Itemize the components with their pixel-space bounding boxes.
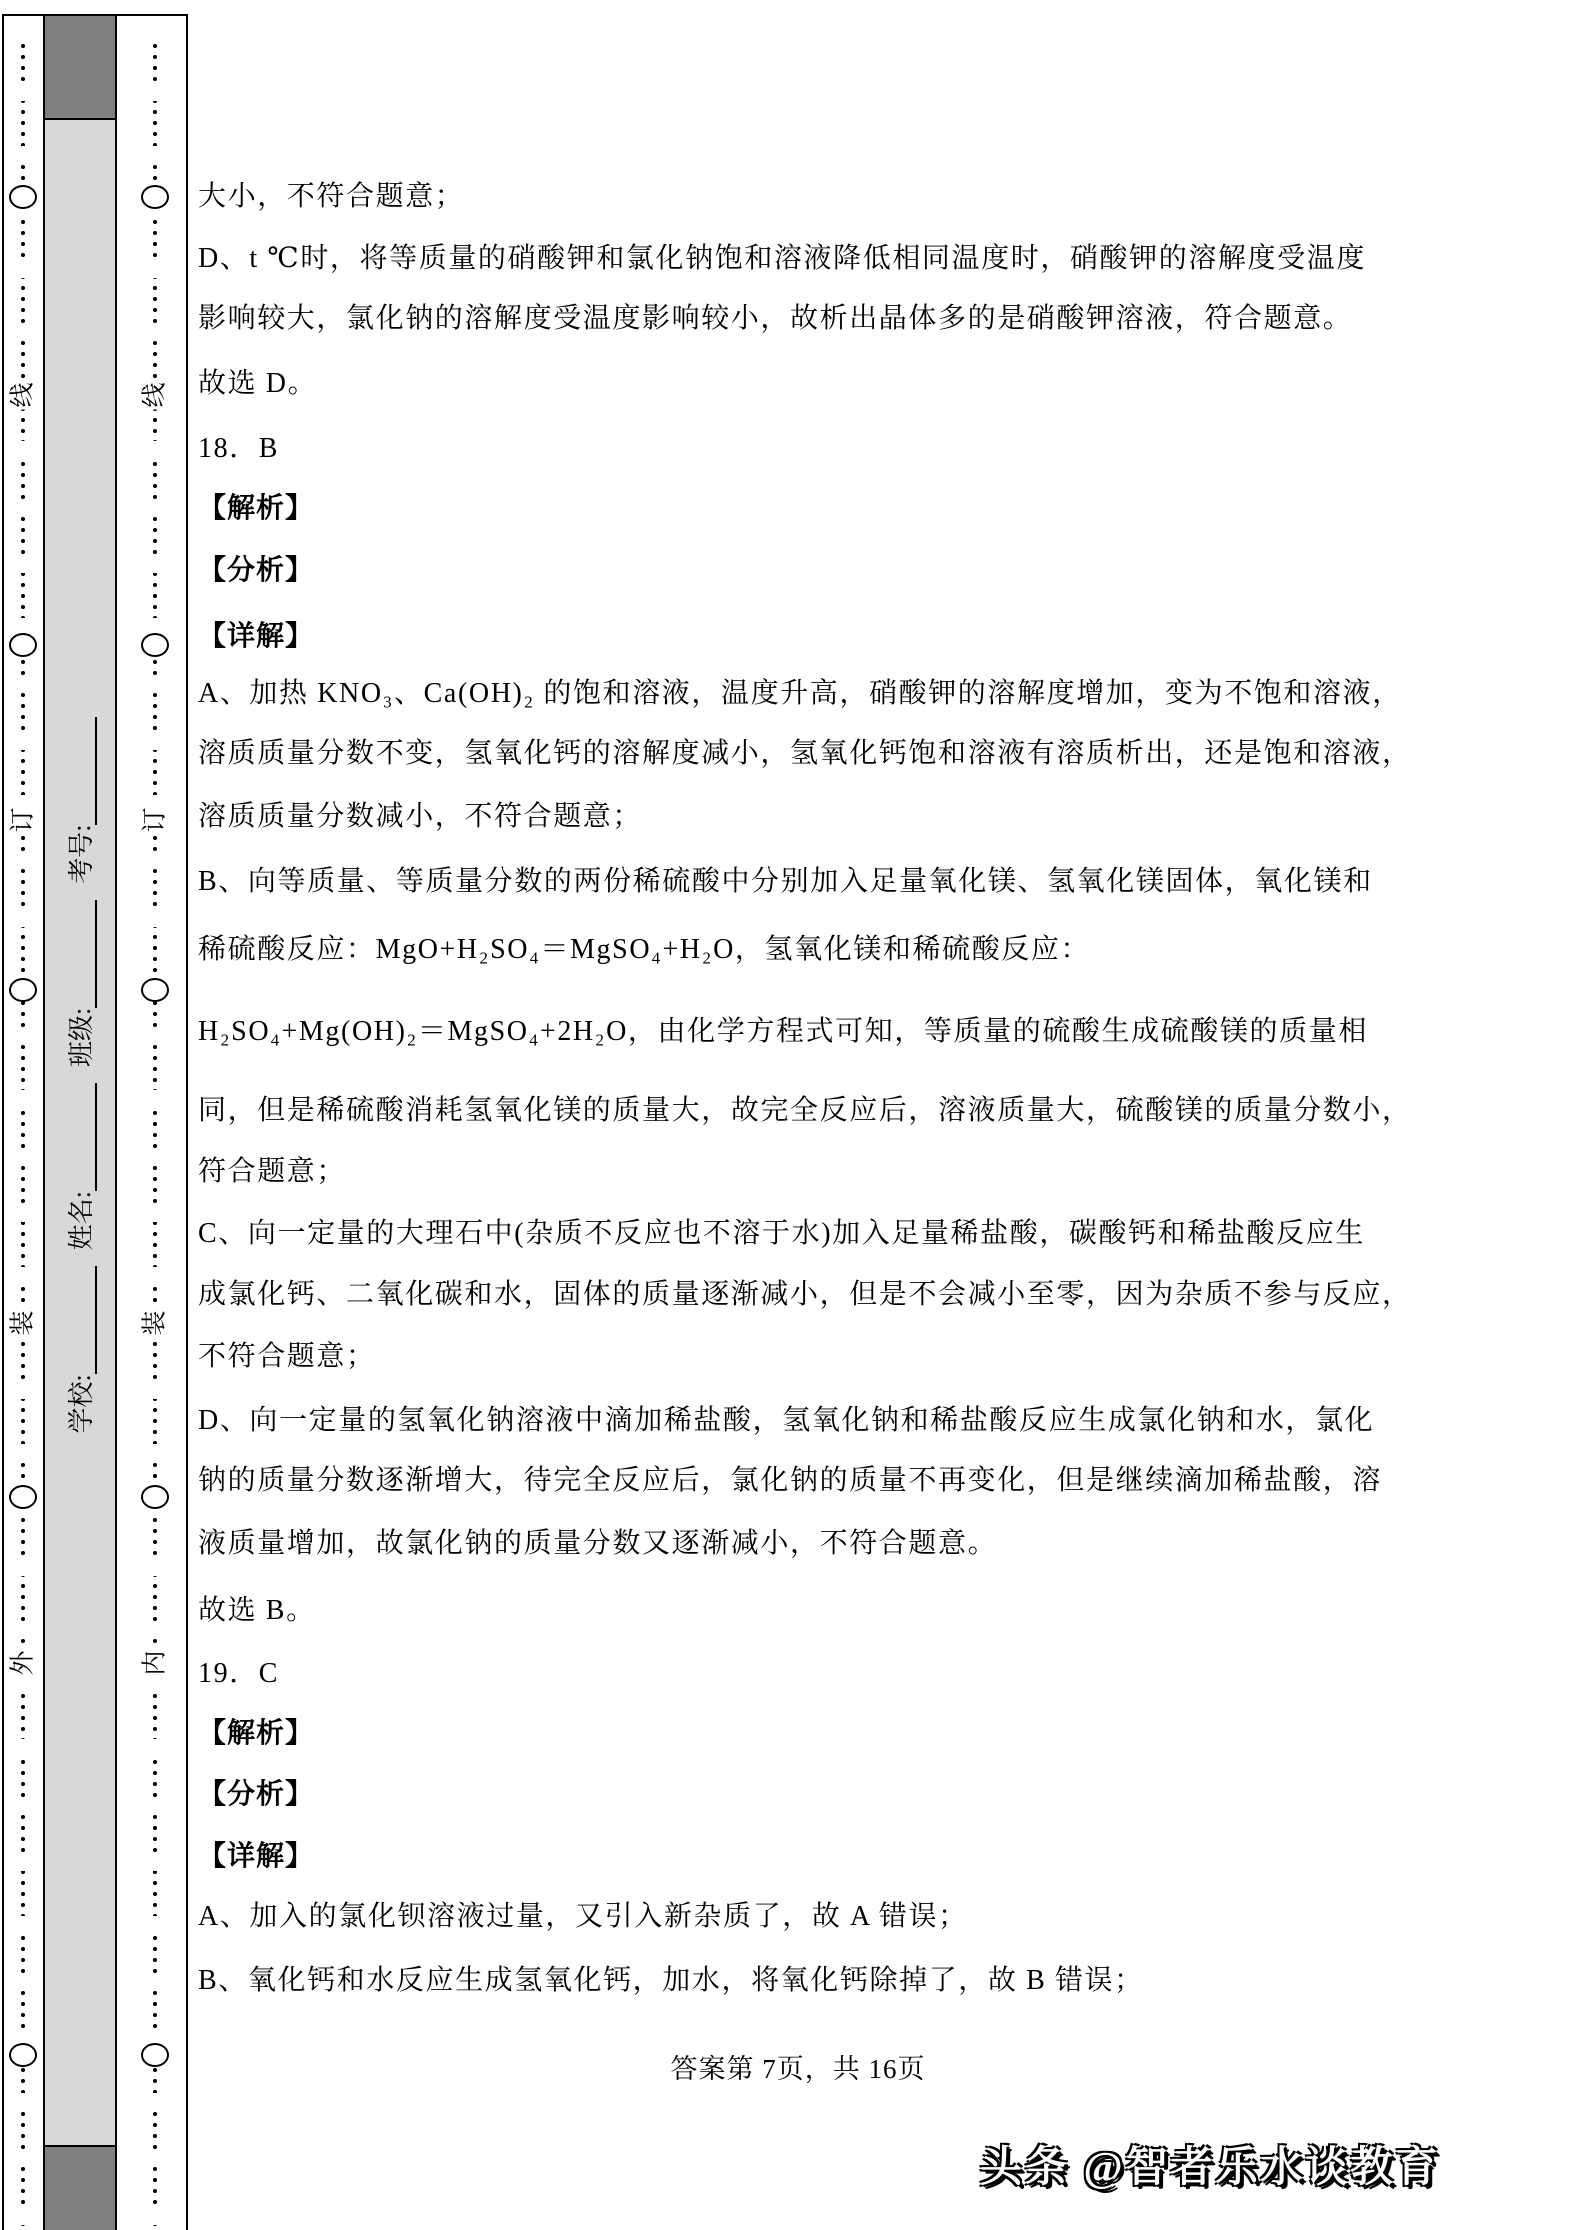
name-field: 姓名:	[67, 1083, 97, 1250]
text-line: D、向一定量的氢氧化钠溶液中滴加稀盐酸，氢氧化钠和稀盐酸反应生成氯化钠和水，氯化	[198, 1404, 1374, 1438]
binding-line-char: 线	[6, 380, 41, 409]
binding-circle	[9, 2043, 37, 2067]
binding-line-char: 外	[6, 1648, 41, 1677]
school-field-blank	[67, 1266, 97, 1374]
answer-sheet-page: { "sidebar": { "fields": ["学校:", "姓名:", …	[0, 0, 1587, 2230]
text-line: C、向一定量的大理石中(杂质不反应也不溶于水)加入足量稀盐酸，碳酸钙和稀盐酸反应…	[198, 1217, 1365, 1251]
chemical-equation-line: 稀硫酸反应：MgO+H₂SO₄＝MgSO₄+H₂O，氢氧化镁和稀硫酸反应：	[198, 933, 1090, 967]
binding-line-char: 内	[138, 1648, 173, 1677]
binding-line-char: 订	[6, 805, 41, 834]
text-line: 钠的质量分数逐渐增大，待完全反应后，氯化钠的质量不再变化，但是继续滴加稀盐酸，溶	[198, 1464, 1382, 1498]
exam-number-field-blank	[67, 717, 97, 825]
watermark: 头条 @智者乐水谈教育	[980, 2134, 1441, 2194]
name-field-label: 姓名:	[67, 1191, 97, 1250]
answer-number-19: 19．C	[198, 1657, 279, 1691]
margin-dark-block-bottom	[45, 2145, 115, 2230]
exam-number-field-label: 考号:	[67, 825, 97, 884]
margin-divider-line	[43, 16, 45, 2230]
text-line: 符合题意；	[198, 1155, 346, 1189]
answer-number-18: 18．B	[198, 432, 279, 466]
text-line: 同，但是稀硫酸消耗氢氧化镁的质量大，故完全反应后，溶液质量大，硫酸镁的质量分数小…	[198, 1094, 1412, 1128]
name-field-blank	[67, 1083, 97, 1191]
student-info-fields: 学校: 姓名: 班级: 考号:	[61, 625, 97, 1525]
margin-divider-line	[115, 16, 117, 2230]
section-label-xiangjie: 【详解】	[198, 1840, 314, 1874]
section-label-jiexi: 【解析】	[198, 492, 314, 526]
school-field: 学校:	[67, 1266, 97, 1433]
binding-circle	[9, 633, 37, 657]
text-line: 大小，不符合题意；	[198, 180, 464, 214]
text-line: A、加热 KNO₃、Ca(OH)₂ 的饱和溶液，温度升高，硝酸钾的溶解度增加，变…	[198, 677, 1402, 711]
section-label-fenxi: 【分析】	[198, 554, 314, 588]
text-line: D、t ℃时，将等质量的硝酸钾和氯化钠饱和溶液降低相同温度时，硝酸钾的溶解度受温…	[198, 242, 1366, 276]
text-line: 不符合题意；	[198, 1340, 376, 1374]
binding-line-char: 线	[138, 380, 173, 409]
binding-circle	[141, 633, 169, 657]
text-line: 故选 B。	[198, 1594, 316, 1628]
text-line: 液质量增加，故氯化钠的质量分数又逐渐减小，不符合题意。	[198, 1527, 997, 1561]
text-line: B、向等质量、等质量分数的两份稀硫酸中分别加入足量氧化镁、氢氧化镁固体，氧化镁和	[198, 865, 1373, 899]
binding-circle	[141, 2043, 169, 2067]
page-number-footer: 答案第 7页，共 16页	[198, 2047, 1398, 2086]
binding-margin: 线 订 装 外 线 订 装 内 学校: 姓名: 班级: 考号:	[2, 14, 188, 2230]
section-label-fenxi: 【分析】	[198, 1778, 314, 1812]
binding-circle	[9, 978, 37, 1002]
binding-circle	[9, 1485, 37, 1509]
class-field-blank	[67, 900, 97, 1008]
text-line: B、氧化钙和水反应生成氢氧化钙，加水，将氧化钙除掉了，故 B 错误；	[198, 1964, 1144, 1998]
text-line: 影响较大，氯化钠的溶解度受温度影响较小，故析出晶体多的是硝酸钾溶液，符合题意。	[198, 302, 1352, 336]
exam-number-field: 考号:	[67, 717, 97, 884]
text-line: A、加入的氯化钡溶液过量，又引入新杂质了，故 A 错误；	[198, 1900, 968, 1934]
binding-circle	[141, 1485, 169, 1509]
margin-dark-block-top	[45, 16, 115, 120]
binding-dotted-line-inner	[153, 42, 157, 2230]
text-line: 成氯化钙、二氧化碳和水，固体的质量逐渐减小，但是不会减小至零，因为杂质不参与反应…	[198, 1278, 1412, 1312]
binding-circle	[9, 185, 37, 209]
binding-line-char: 装	[6, 1308, 41, 1337]
class-field: 班级:	[67, 900, 97, 1067]
school-field-label: 学校:	[67, 1374, 97, 1433]
section-label-xiangjie: 【详解】	[198, 620, 314, 654]
binding-line-char: 装	[138, 1308, 173, 1337]
text-line: 溶质质量分数减小，不符合题意；	[198, 800, 642, 834]
chemical-equation-line: H₂SO₄+Mg(OH)₂＝MgSO₄+2H₂O，由化学方程式可知，等质量的硫酸…	[198, 1015, 1368, 1049]
binding-line-char: 订	[138, 805, 173, 834]
section-label-jiexi: 【解析】	[198, 1717, 314, 1751]
binding-circle	[141, 185, 169, 209]
binding-circle	[141, 978, 169, 1002]
text-line: 溶质质量分数不变，氢氧化钙的溶解度减小，氢氧化钙饱和溶液有溶质析出，还是饱和溶液…	[198, 737, 1412, 771]
binding-dotted-line-outer	[21, 42, 25, 2230]
text-line: 故选 D。	[198, 367, 317, 401]
class-field-label: 班级:	[67, 1008, 97, 1067]
answer-content: 大小，不符合题意； D、t ℃时，将等质量的硝酸钾和氯化钠饱和溶液降低相同温度时…	[198, 0, 1398, 2230]
